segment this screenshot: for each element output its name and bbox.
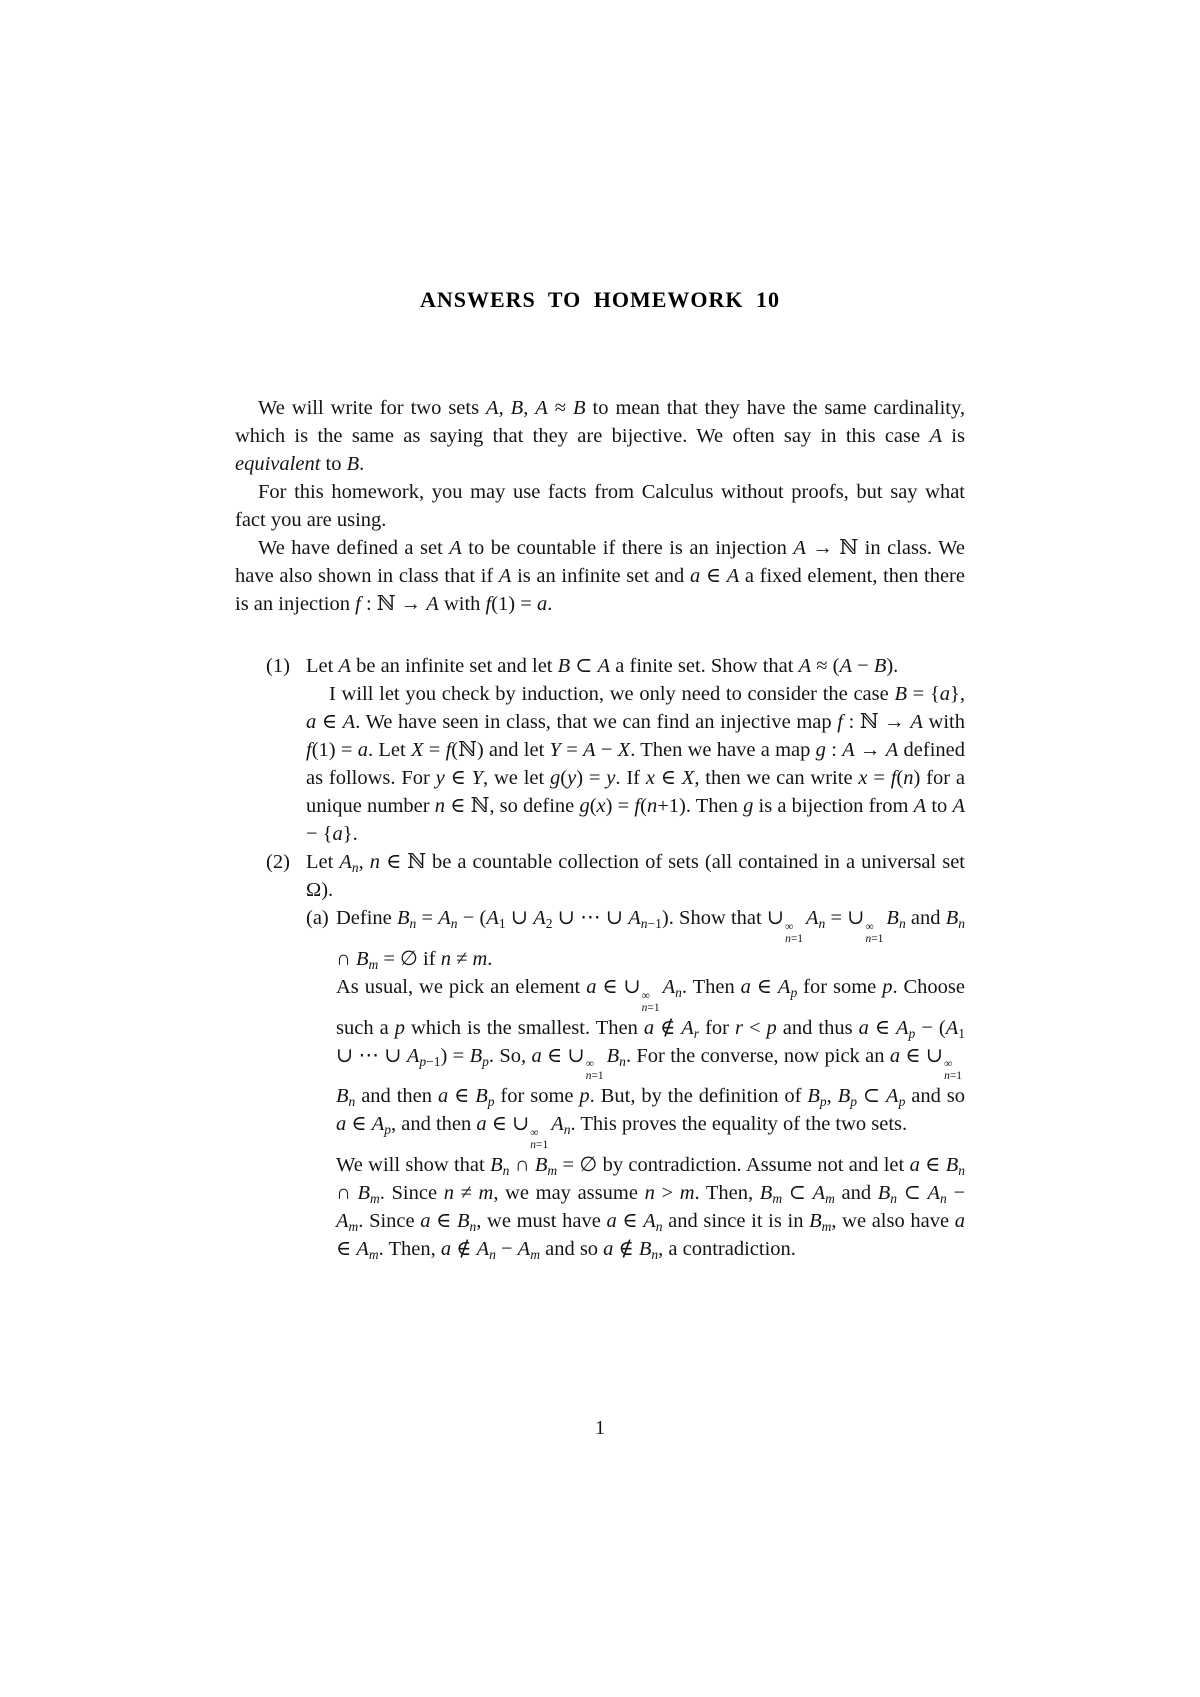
document-title: ANSWERS TO HOMEWORK 10 <box>235 288 965 312</box>
problem-1-body: Let A be an infinite set and let B ⊂ A a… <box>306 652 965 848</box>
problem-list: (1) Let A be an infinite set and let B ⊂… <box>235 652 965 1263</box>
page-number: 1 <box>0 1414 1200 1442</box>
intro-paragraph-1: We will write for two sets A, B, A ≈ B t… <box>235 394 965 478</box>
subproblem-a-answer-2: We will show that Bn ∩ Bm = ∅ by contrad… <box>336 1151 965 1263</box>
intro-paragraph-2: For this homework, you may use facts fro… <box>235 478 965 534</box>
problem-item-1: (1) Let A be an infinite set and let B ⊂… <box>235 652 965 848</box>
document-page: ANSWERS TO HOMEWORK 10 We will write for… <box>0 0 1200 1697</box>
text-column: ANSWERS TO HOMEWORK 10 We will write for… <box>235 0 965 1263</box>
subproblem-list: (a) Define Bn = An − (A1 ∪ A2 ∪ ⋯ ∪ An−1… <box>306 904 965 1263</box>
problem-2-body: Let An, n ∈ ℕ be a countable collection … <box>306 848 965 1263</box>
problem-item-2: (2) Let An, n ∈ ℕ be a countable collect… <box>235 848 965 1263</box>
subproblem-item-a: (a) Define Bn = An − (A1 ∪ A2 ∪ ⋯ ∪ An−1… <box>306 904 965 1263</box>
problem-1-answer: I will let you check by induction, we on… <box>306 680 965 848</box>
problem-1-statement: Let A be an infinite set and let B ⊂ A a… <box>306 652 965 680</box>
problem-1-label: (1) <box>235 652 306 680</box>
intro-paragraph-3: We have defined a set A to be countable … <box>235 534 965 618</box>
problem-2-label: (2) <box>235 848 306 876</box>
subproblem-a-body: Define Bn = An − (A1 ∪ A2 ∪ ⋯ ∪ An−1). S… <box>336 904 965 1263</box>
subproblem-a-answer-1: As usual, we pick an element a ∈ ∪∞n=1An… <box>336 973 965 1151</box>
problem-2-statement: Let An, n ∈ ℕ be a countable collection … <box>306 848 965 904</box>
subproblem-a-label: (a) <box>306 904 336 932</box>
subproblem-a-statement: Define Bn = An − (A1 ∪ A2 ∪ ⋯ ∪ An−1). S… <box>336 904 965 973</box>
